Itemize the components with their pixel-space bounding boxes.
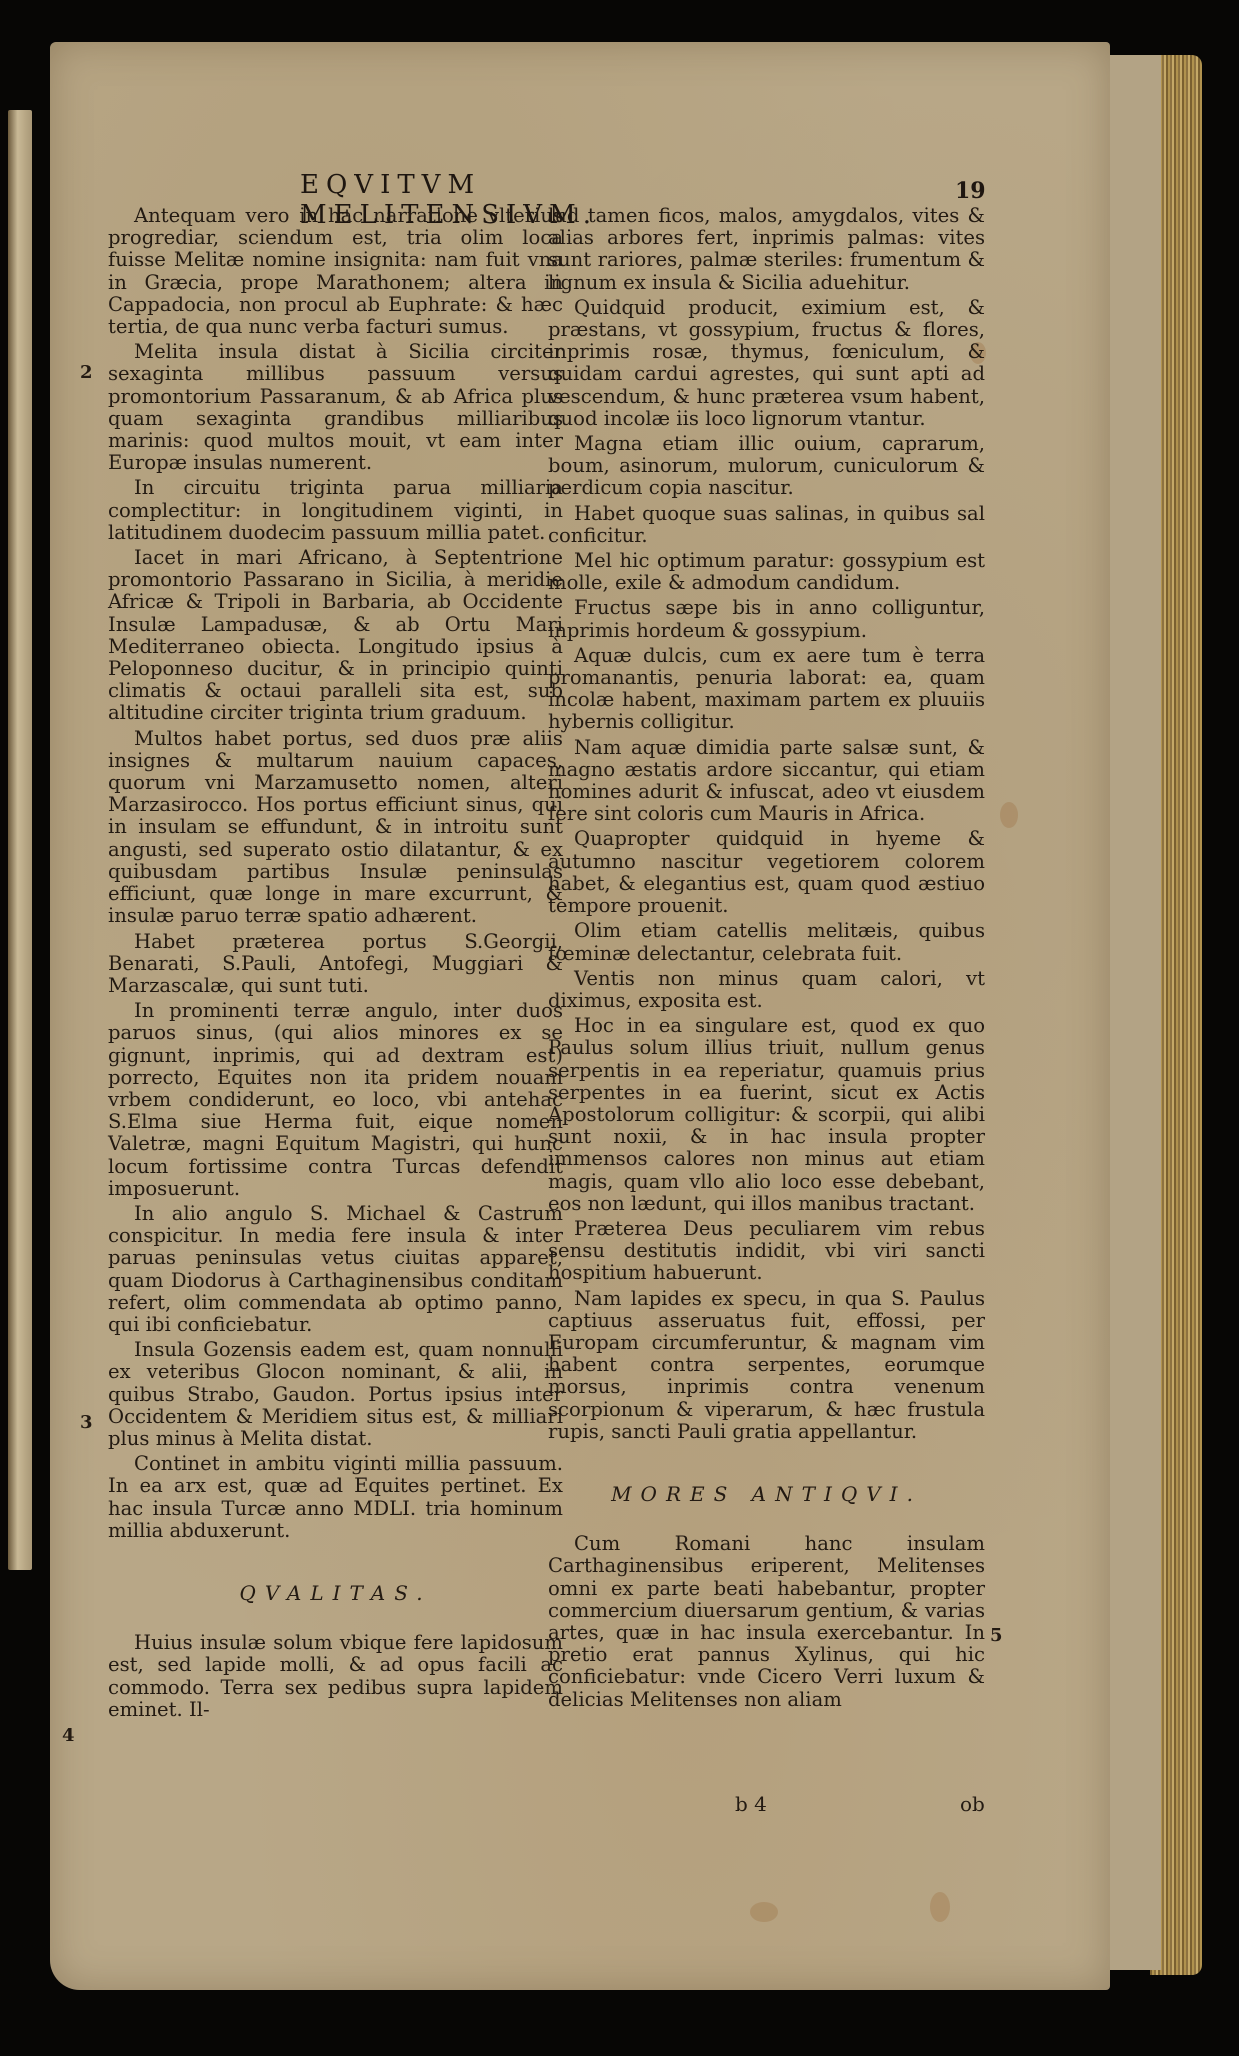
paragraph: In alio angulo S. Michael & Castrum cons… [108,1203,563,1336]
page-number: 19 [955,178,986,204]
paragraph: Nam lapides ex specu, in qua S. Paulus c… [548,1288,985,1443]
section-heading-mores-antiqui: MORES ANTIQVI. [548,1483,985,1505]
paragraph: Habet præterea portus S.Georgii, Benarat… [108,931,563,998]
adjacent-page-edge [8,110,32,1570]
margin-number: 5 [990,1625,1003,1646]
paragraph: Magna etiam illic ouium, caprarum, boum,… [548,433,985,500]
paragraph: Habet quoque suas salinas, in quibus sal… [548,503,985,547]
paragraph: Insula Gozensis eadem est, quam nonnulli… [108,1339,563,1450]
foxing-stain [930,1892,950,1922]
paragraph: lud tamen ficos, malos, amygdalos, vites… [548,205,985,294]
paragraph: Mel hic optimum paratur: gossypium est m… [548,550,985,594]
paragraph: Nam aquæ dimidia parte salsæ sunt, & mag… [548,737,985,826]
paragraph: Melita insula distat à Sicilia circiter … [108,341,563,474]
paragraph: Huius insulæ solum vbique fere lapidosum… [108,1632,563,1721]
printer-signature: b 4 [735,1792,767,1816]
paragraph: Præterea Deus peculiarem vim rebus sensu… [548,1218,985,1285]
paragraph: Quidquid producit, eximium est, & præsta… [548,297,985,430]
paragraph: Fructus sæpe bis in anno colliguntur, in… [548,597,985,641]
margin-number: 3 [80,1412,93,1433]
paragraph: Iacet in mari Africano, à Septentrione p… [108,547,563,725]
paragraph: In prominenti terræ angulo, inter duos p… [108,1000,563,1200]
margin-number: 4 [62,1725,75,1746]
left-column: Antequam vero in hac narratione vlterius… [108,205,563,1724]
margin-number: 2 [80,362,93,383]
paragraph: Quapropter quidquid in hyeme & autumno n… [548,828,985,917]
paragraph: In circuitu triginta parua milliaria com… [108,477,563,544]
right-column: lud tamen ficos, malos, amygdalos, vites… [548,205,985,1714]
foxing-stain [750,1902,778,1922]
foxing-stain [1000,802,1018,828]
paragraph: Cum Romani hanc insulam Carthaginensibus… [548,1533,985,1711]
paragraph: Antequam vero in hac narratione vlterius… [108,205,563,338]
paragraph: Continet in ambitu viginti millia passuu… [108,1453,563,1542]
paragraph: Multos habet portus, sed duos præ aliis … [108,728,563,928]
paragraph: Olim etiam catellis melitæis, quibus fœm… [548,920,985,964]
catchword: ob [960,1792,985,1816]
section-heading-qualitas: QVALITAS. [108,1582,563,1604]
paragraph: Ventis non minus quam calori, vt diximus… [548,968,985,1012]
paragraph: Aquæ dulcis, cum ex aere tum è terra pro… [548,645,985,734]
paragraph: Hoc in ea singulare est, quod ex quo Pau… [548,1015,985,1215]
